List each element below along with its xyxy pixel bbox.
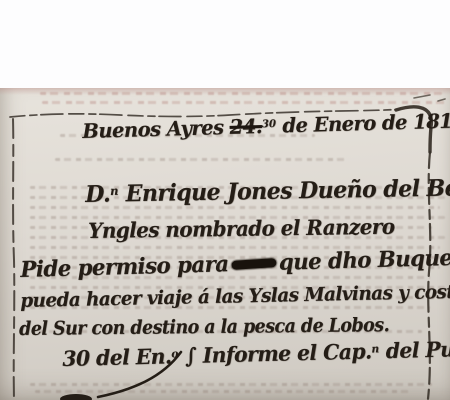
ghost-print-line <box>42 101 445 104</box>
owner-abbrev: D. <box>85 181 110 208</box>
screenshot-stage: Buenos Ayres 24.30 de Enero de 1813,, D.… <box>0 0 450 400</box>
date-corrected-day: 30 <box>262 118 277 130</box>
owner-abbrev-sup: n <box>110 184 119 198</box>
ghost-print-line <box>55 158 345 161</box>
date-struck-day: 24. <box>229 114 262 139</box>
ghost-print-line <box>30 383 432 386</box>
ghost-print-line <box>35 390 413 393</box>
ghost-print-line <box>40 92 442 95</box>
date-prefix: Buenos Ayres <box>82 115 230 143</box>
decree-b: ∫ Informe el Cap. <box>178 338 372 368</box>
manuscript-line-vessel: Yngles nombrado el Ranzero <box>88 214 395 243</box>
inked-out-word <box>231 258 276 270</box>
owner-body: Enrique Jones Dueño del Berg. <box>118 174 450 208</box>
decree-c: del Puerto <box>379 335 450 363</box>
decree-a: 30 del En. <box>62 343 172 371</box>
request1-b: que dho Buque <box>278 245 450 276</box>
date-rest: de Enero de 1813,, <box>276 108 450 138</box>
manuscript-line-request3: del Sur con destino a la pesca de Lobos. <box>19 314 389 340</box>
